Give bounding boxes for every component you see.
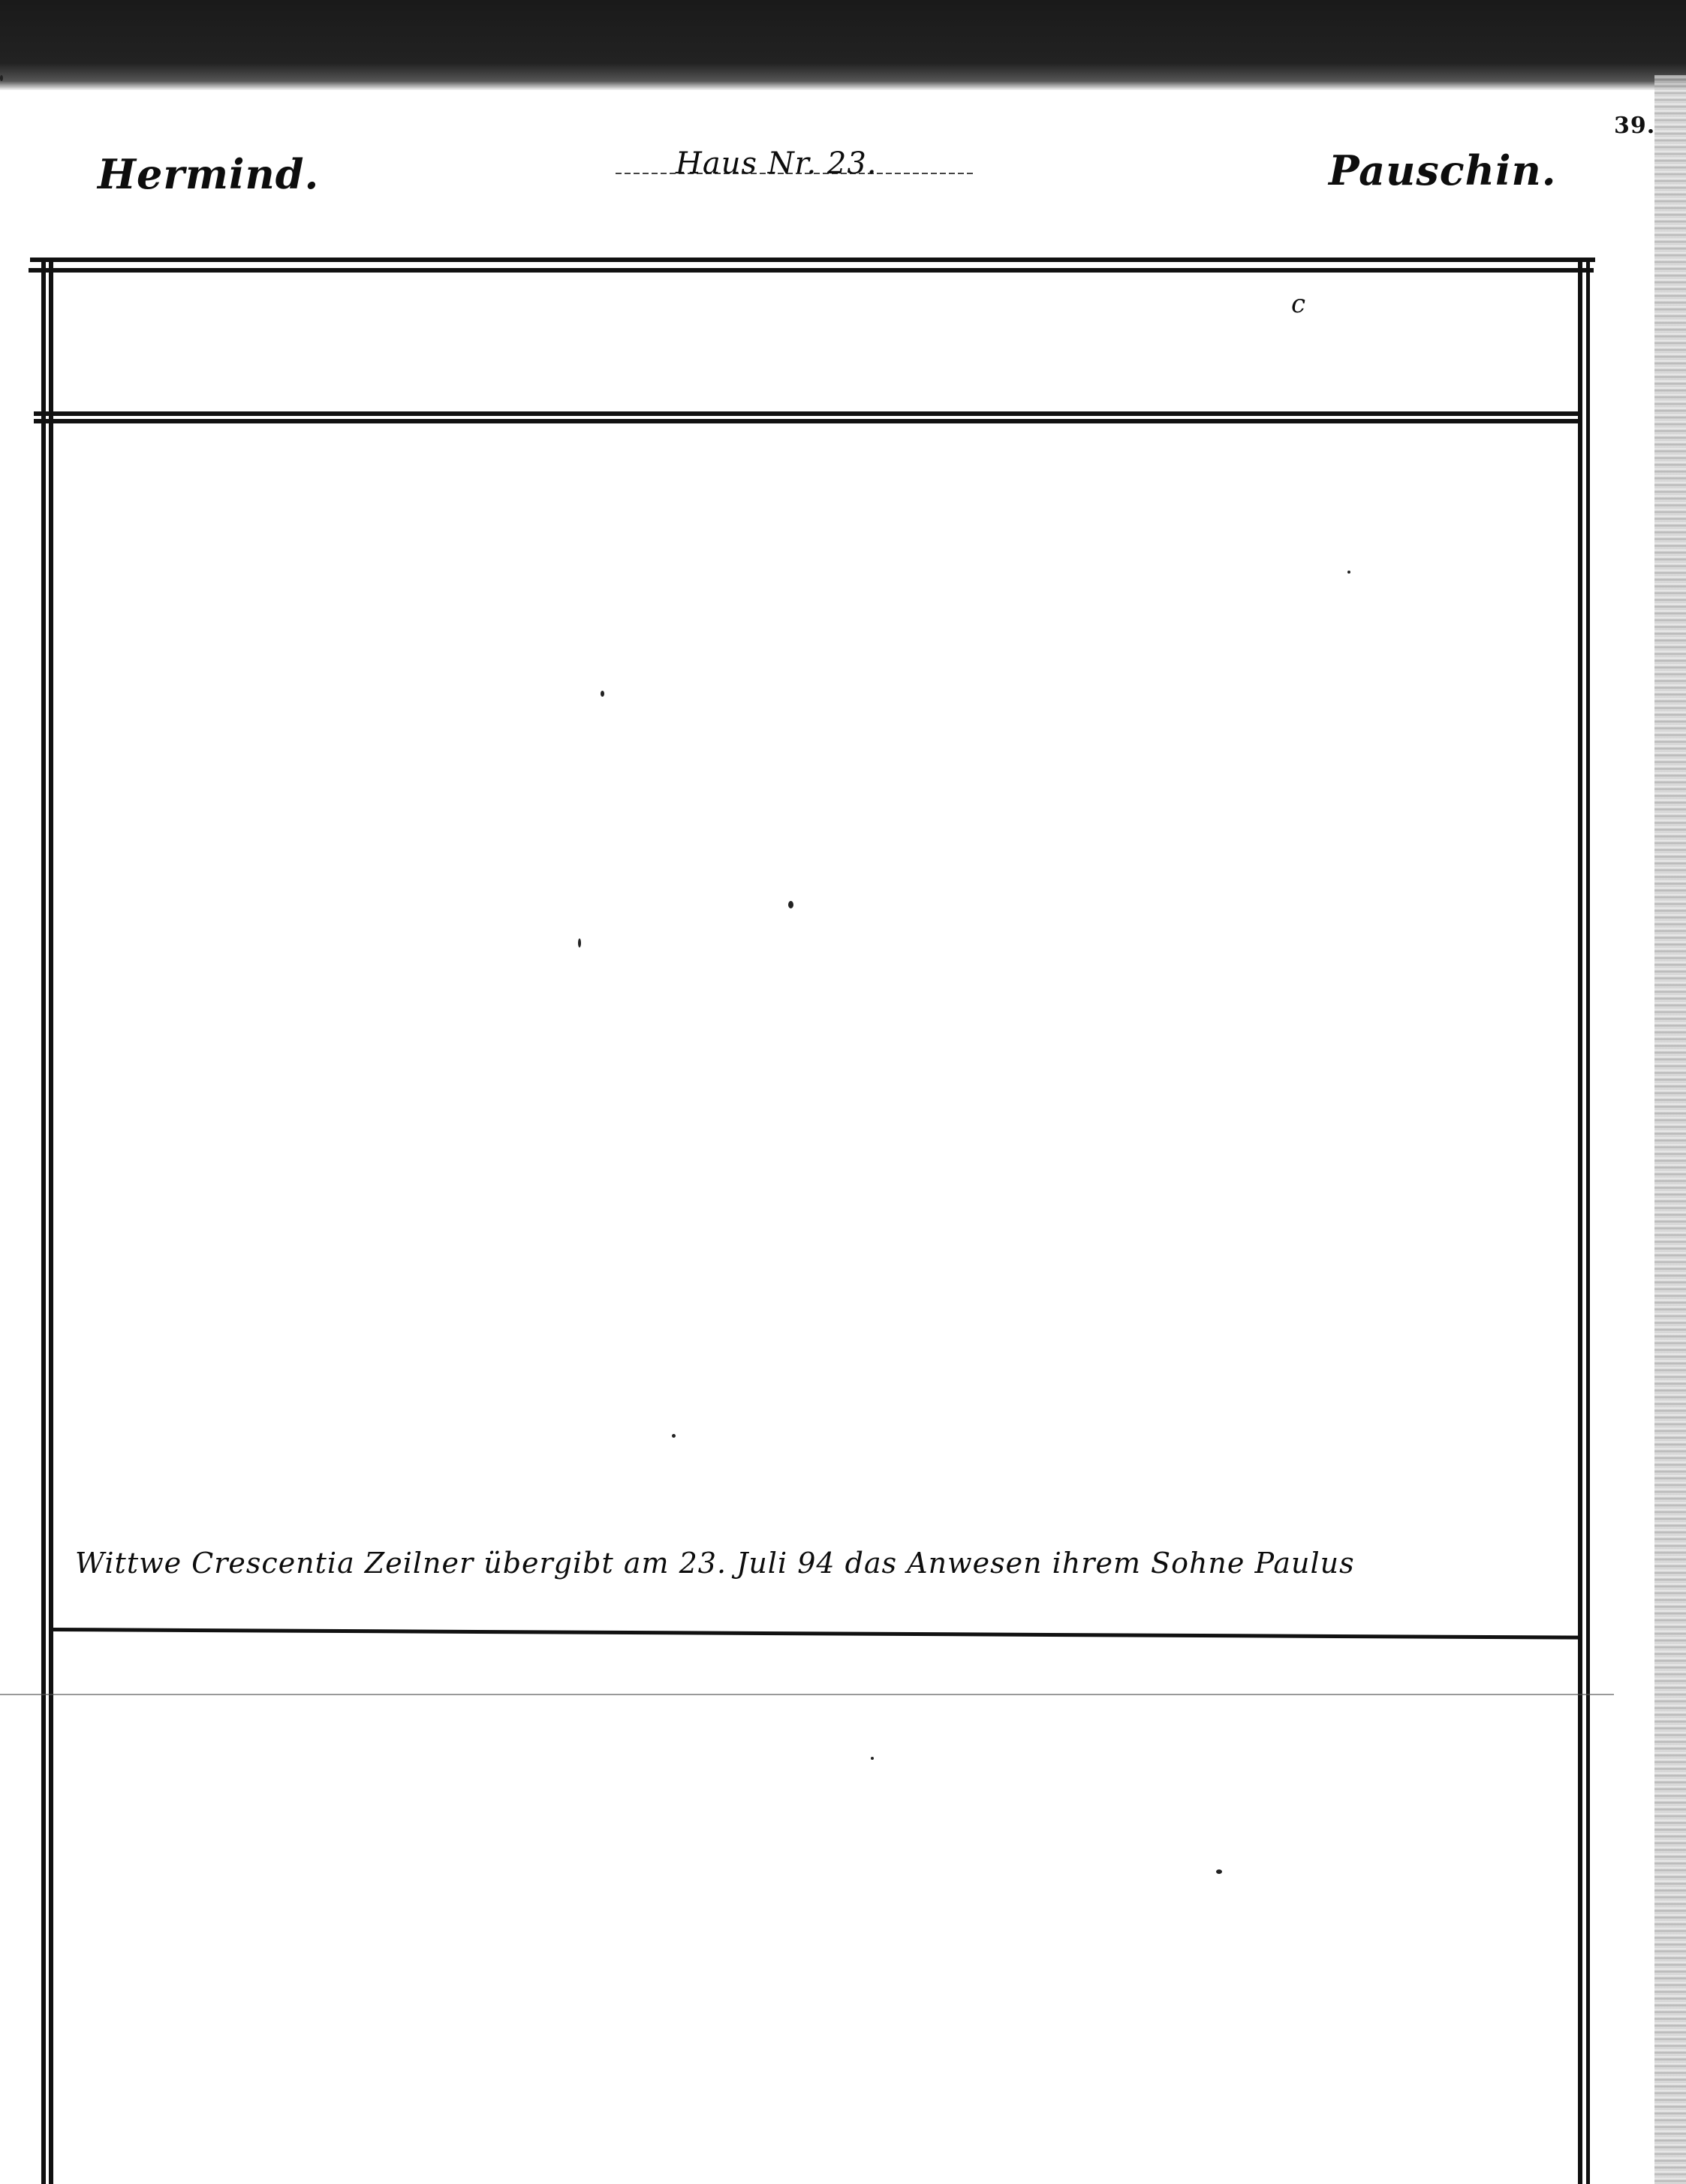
header-box-bottom-line-2 (34, 419, 1580, 423)
document-page: 39. Hermind. Haus Nr. 23. Pauschin. c Wi… (0, 75, 1654, 2184)
entry-separator-line (53, 1628, 1582, 1640)
header-box-bottom-line-1 (34, 411, 1580, 416)
frame-right-line-1 (1578, 261, 1582, 2184)
speck (1347, 571, 1350, 574)
frame-top-line-2 (29, 268, 1594, 273)
speck (871, 1757, 874, 1760)
header-place-name: Hermind. (98, 150, 319, 198)
frame-left-line-1 (41, 258, 46, 2184)
frame-top-line-1 (30, 258, 1595, 262)
faint-ruled-line (0, 1694, 1614, 1695)
entry-text: Wittwe Crescentia Zeilner übergibt am 23… (75, 1547, 1355, 1580)
speck (578, 938, 581, 947)
top-box-note: c (1291, 289, 1306, 319)
speck (788, 901, 793, 908)
speck (0, 75, 3, 81)
header-house-number: Haus Nr. 23. (676, 146, 878, 181)
header-owner-name: Pauschin. (1329, 146, 1557, 194)
scan-right-edge (1654, 75, 1686, 2184)
frame-left-line-2 (49, 258, 53, 2184)
speck (1216, 1869, 1222, 1874)
page-number: 39. (1614, 113, 1655, 139)
frame-right-line-2 (1586, 261, 1590, 2184)
speck (672, 1434, 676, 1438)
speck (601, 691, 604, 697)
